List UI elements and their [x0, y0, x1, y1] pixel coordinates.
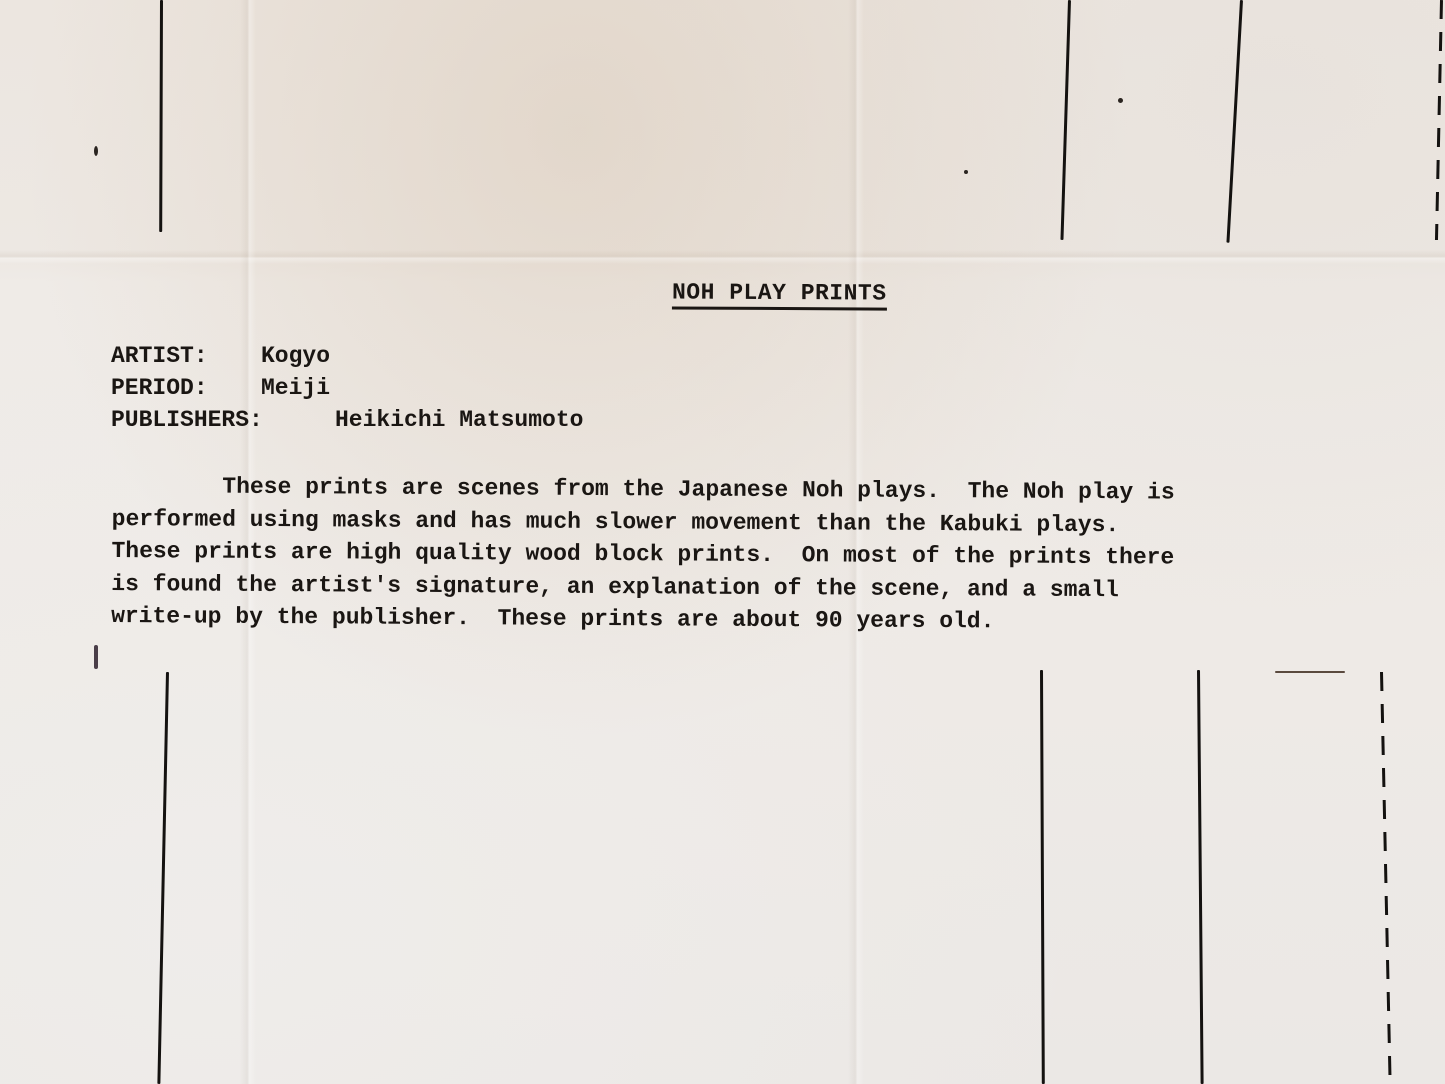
publishers-value: Heikichi Matsumoto [335, 407, 583, 433]
publishers-row: PUBLISHERS:Heikichi Matsumoto [111, 404, 583, 436]
ink-speck [964, 170, 968, 174]
period-value: Meiji [261, 375, 330, 401]
horizontal-fold-crease [0, 250, 1445, 264]
metadata-block: ARTIST:Kogyo PERIOD:Meiji PUBLISHERS:Hei… [111, 340, 583, 436]
description-paragraph: These prints are scenes from the Japanes… [111, 470, 1412, 640]
period-label: PERIOD: [111, 372, 261, 404]
pencil-mark [1275, 671, 1345, 673]
artist-row: ARTIST:Kogyo [111, 340, 583, 372]
period-row: PERIOD:Meiji [111, 372, 583, 404]
publishers-label: PUBLISHERS: [111, 404, 335, 436]
artist-label: ARTIST: [111, 340, 261, 372]
ink-speck [1118, 98, 1123, 103]
ink-speck [94, 146, 98, 156]
document-title: NOH PLAY PRINTS [672, 279, 887, 310]
artist-value: Kogyo [261, 343, 330, 369]
ink-speck [94, 645, 98, 669]
